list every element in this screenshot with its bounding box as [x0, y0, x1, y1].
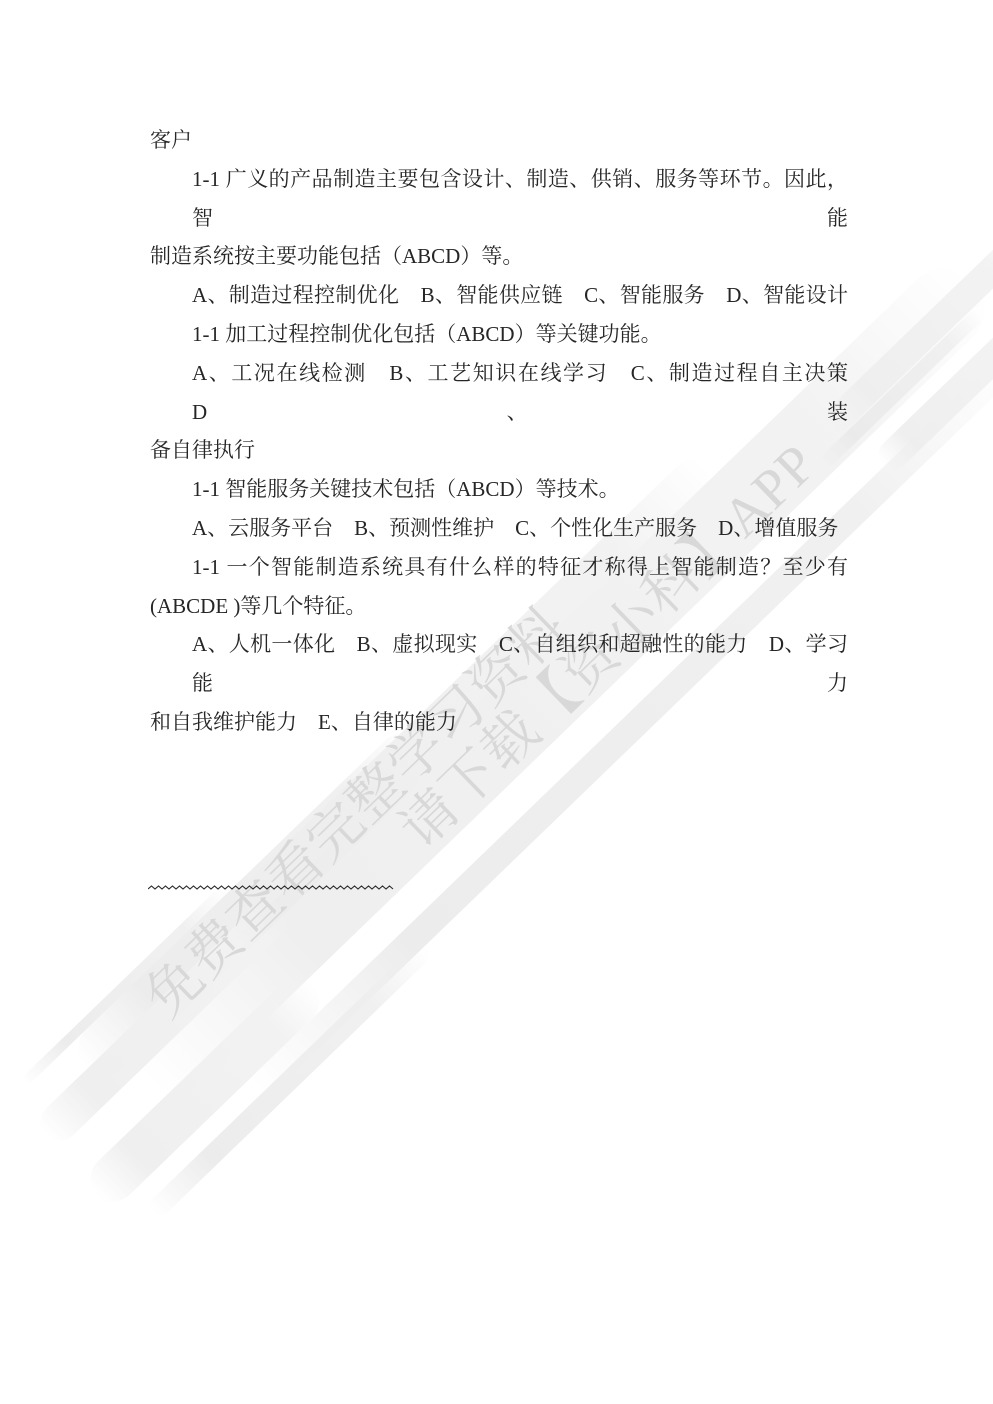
text-line-10: 1-1 一个智能制造系统具有什么样的特征才称得上智能制造？至少有: [150, 548, 848, 587]
text-line-12: A、人机一体化 B、虚拟现实 C、自组织和超融性的能力 D、学习能力: [150, 625, 848, 703]
text-line-11: (ABCDE )等几个特征。: [150, 587, 848, 626]
document-page: 免费查看完整学习资料 请下载【资小科】APP 客户 1-1 广义的产品制造主要包…: [0, 0, 993, 1404]
brush-stroke: [81, 969, 329, 1210]
text-line-3: 制造系统按主要功能包括（ABCD）等。: [150, 237, 848, 276]
text-line-6: A、工况在线检测 B、工艺知识在线学习 C、制造过程自主决策 D、装: [150, 354, 848, 432]
text-line-4: A、制造过程控制优化 B、智能供应链 C、智能服务 D、智能设计: [150, 276, 848, 315]
text-line-2: 1-1 广义的产品制造主要包含设计、制造、供销、服务等环节。因此，智能: [150, 160, 848, 238]
document-text-block: 客户 1-1 广义的产品制造主要包含设计、制造、供销、服务等环节。因此，智能 制…: [150, 121, 848, 742]
footnote-separator-line: [148, 883, 394, 893]
text-line-9: A、云服务平台 B、预测性维护 C、个性化生产服务 D、增值服务: [150, 509, 848, 548]
brush-stroke: [873, 315, 993, 476]
brush-stroke: [21, 884, 229, 1086]
brush-stroke: [33, 892, 297, 1149]
text-line-5: 1-1 加工过程控制优化包括（ABCD）等关键功能。: [150, 315, 848, 354]
brush-stroke: [67, 721, 443, 1087]
brush-stroke: [146, 941, 433, 1219]
text-line-7: 备自律执行: [150, 431, 848, 470]
text-line-13: 和自我维护能力 E、自律的能力: [150, 703, 848, 742]
text-line-1: 客户: [150, 121, 848, 160]
text-line-8: 1-1 智能服务关键技术包括（ABCD）等技术。: [150, 470, 848, 509]
